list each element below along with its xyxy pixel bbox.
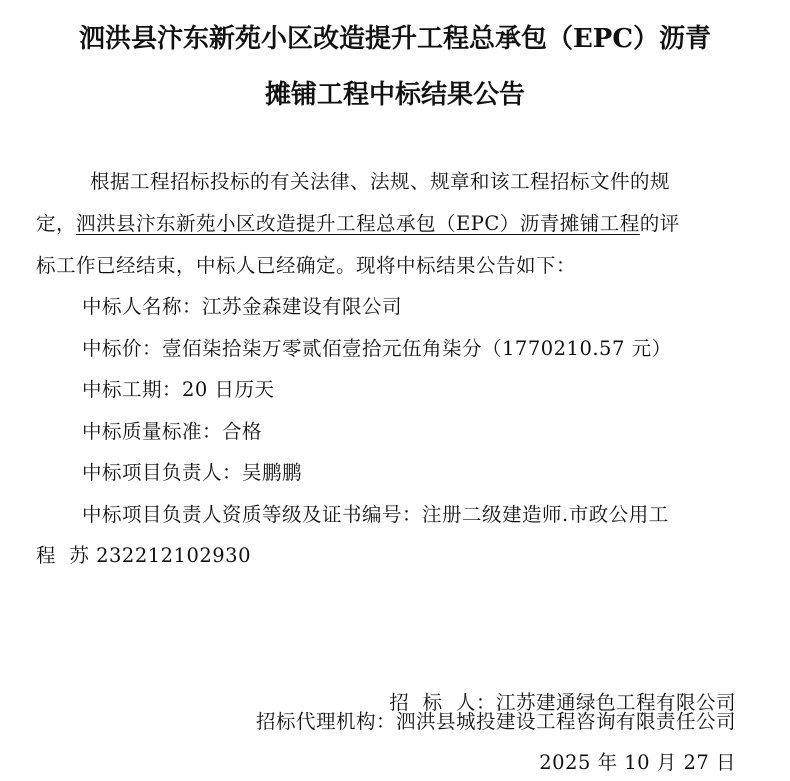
- field-quality: 中标质量标准：合格: [82, 416, 262, 444]
- field-winner: 中标人名称：江苏金森建设有限公司: [82, 291, 402, 319]
- field-label: 中标质量标准：: [82, 420, 222, 443]
- field-value: 壹佰柒拾柒万零贰佰壹拾元伍角柒分（1770210.57 元）: [162, 337, 672, 360]
- field-value: 江苏金森建设有限公司: [202, 295, 402, 318]
- intro-line-3: 标工作已经结束，中标人已经确定。现将中标结果公告如下：: [36, 250, 576, 278]
- agency-label: 招标代理机构：: [256, 710, 396, 733]
- footer-agency: 招标代理机构：泗洪县城投建设工程咨询有限责任公司: [256, 706, 736, 734]
- field-label: 中标人名称：: [82, 295, 202, 318]
- field-price: 中标价：壹佰柒拾柒万零贰佰壹拾元伍角柒分（1770210.57 元）: [82, 333, 672, 361]
- title-line-2: 摊铺工程中标结果公告: [0, 74, 790, 111]
- title-line-1: 泗洪县汴东新苑小区改造提升工程总承包（EPC）沥青: [0, 18, 790, 55]
- field-label: 中标价：: [82, 337, 162, 360]
- cert-continuation: 程 苏 232212102930: [36, 540, 251, 568]
- field-manager: 中标项目负责人：吴鹏鹏: [82, 457, 302, 485]
- field-value: 合格: [222, 420, 262, 443]
- field-duration: 中标工期：20 日历天: [82, 374, 275, 402]
- field-label: 中标项目负责人资质等级及证书编号：: [82, 503, 422, 526]
- field-value: 20 日历天: [182, 378, 275, 401]
- agency-name: 泗洪县城投建设工程咨询有限责任公司: [396, 710, 736, 733]
- intro-suffix: 的评: [640, 212, 680, 235]
- field-qualification: 中标项目负责人资质等级及证书编号：注册二级建造师.市政公用工: [82, 499, 669, 527]
- field-value: 吴鹏鹏: [242, 461, 302, 484]
- field-label: 中标工期：: [82, 378, 182, 401]
- intro-line-2: 定，泗洪县汴东新苑小区改造提升工程总承包（EPC）沥青摊铺工程的评: [36, 208, 680, 236]
- footer-date: 2025 年 10 月 27 日: [539, 747, 736, 775]
- intro-line-1: 根据工程招标投标的有关法律、法规、规章和该工程招标文件的规: [90, 166, 670, 194]
- field-value: 注册二级建造师.市政公用工: [422, 503, 669, 526]
- field-label: 中标项目负责人：: [82, 461, 242, 484]
- project-name: 泗洪县汴东新苑小区改造提升工程总承包（EPC）沥青摊铺工程: [76, 212, 640, 235]
- intro-prefix: 定，: [36, 212, 76, 235]
